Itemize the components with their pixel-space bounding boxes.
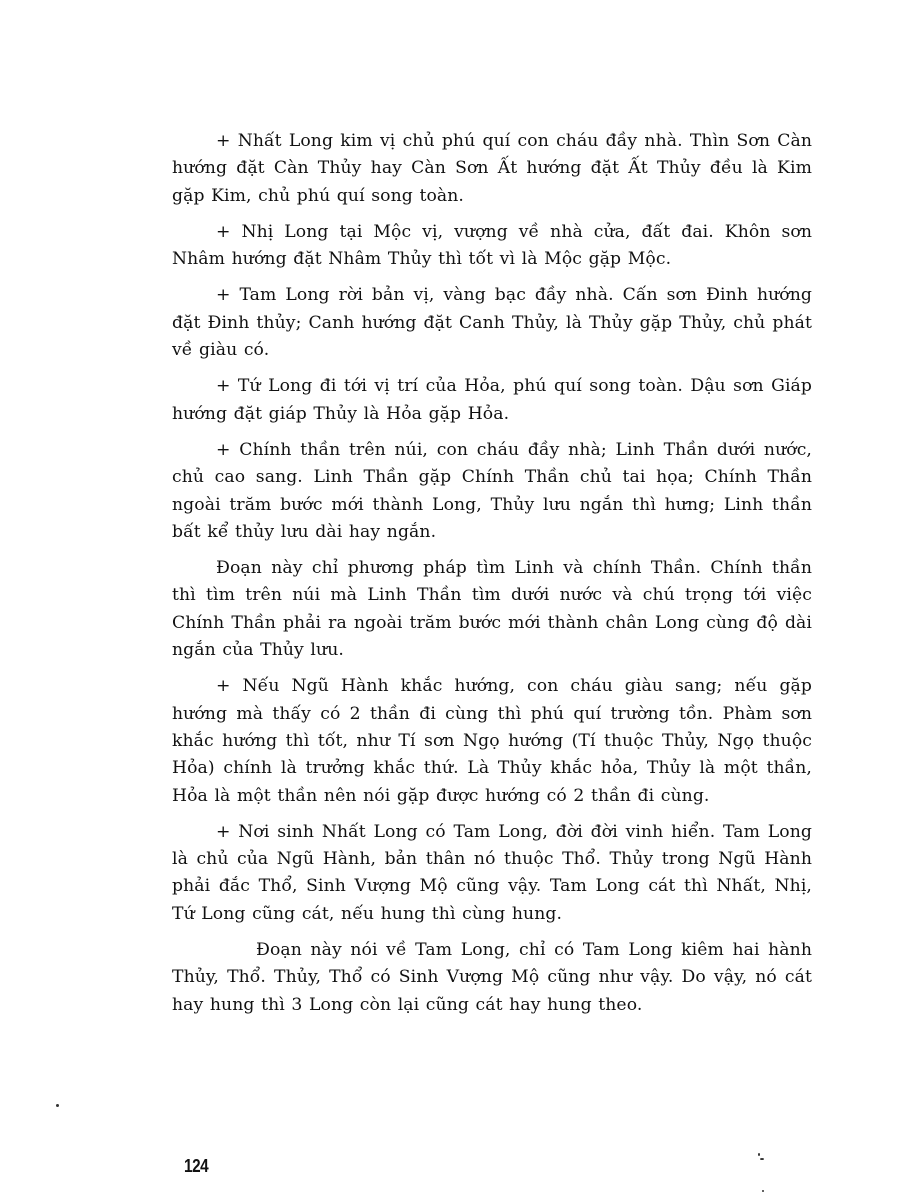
scan-speck	[760, 1158, 764, 1160]
paragraph-nhi-long: + Nhị Long tại Mộc vị, vượng về nhà cửa,…	[172, 219, 812, 274]
paragraph-tu-long: + Tứ Long đi tới vị trí của Hỏa, phú quí…	[172, 373, 812, 428]
paragraph-chinh-than: + Chính thần trên núi, con cháu đầy nhà;…	[172, 437, 812, 546]
paragraph-noi-sinh-nhat-long: + Nơi sinh Nhất Long có Tam Long, đời đờ…	[172, 819, 812, 928]
paragraph-commentary-tam-long: Đoạn này nói về Tam Long, chỉ có Tam Lon…	[172, 937, 812, 1019]
scan-speck	[56, 1104, 59, 1107]
page-number: 124	[184, 1156, 208, 1177]
document-page: + Nhất Long kim vị chủ phú quí con cháu …	[172, 128, 812, 1028]
paragraph-nhat-long: + Nhất Long kim vị chủ phú quí con cháu …	[172, 128, 812, 210]
paragraph-ngu-hanh-khac-huong: + Nếu Ngũ Hành khắc hướng, con cháu giàu…	[172, 673, 812, 809]
scan-speck	[762, 1190, 764, 1192]
scan-speck	[758, 1153, 760, 1156]
paragraph-tam-long: + Tam Long rời bản vị, vàng bạc đầy nhà.…	[172, 282, 812, 364]
paragraph-commentary-linh-chinh-than: Đoạn này chỉ phương pháp tìm Linh và chí…	[172, 555, 812, 664]
